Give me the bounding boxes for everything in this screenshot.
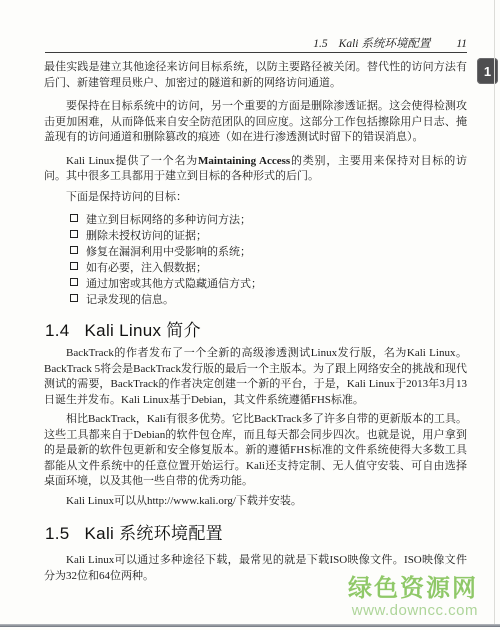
square-bullet-icon <box>70 246 78 254</box>
square-bullet-icon <box>70 278 78 286</box>
watermark-title: 绿色资源网 <box>348 576 478 601</box>
watermark: 绿色资源网 www.downcc.com <box>348 576 478 619</box>
header-section-number: 1.5 <box>313 38 327 50</box>
goal-text: 修复在漏洞利用中受影响的系统； <box>86 246 251 258</box>
goals-list-intro: 下面是保持访问的目标： <box>44 190 467 206</box>
paragraph-kali-advantages: 相比BackTrack，Kali有很多优势。它比BackTrack多了许多自带的… <box>44 412 467 490</box>
paragraph-alternative-access: 最佳实践是建立其他途径来访问目标系统，以防主要路径被关闭。替代性的访问方法有后门… <box>44 60 467 91</box>
section-heading-1-5: 1.5Kali 系统环境配置 <box>45 523 467 544</box>
section-heading-1-4: 1.4Kali Linux 简介 <box>45 320 467 341</box>
section-1-5-number: 1.5 <box>45 524 70 543</box>
goal-item: 修复在漏洞利用中受影响的系统； <box>70 244 467 260</box>
page-header: 1.5 Kali 系统环境配置 11 <box>45 35 467 51</box>
paragraph-evidence-removal: 要保持在目标系统中的访问，另一个重要的方面是删除渗透证据。这会使得检测攻击更加困… <box>44 99 467 146</box>
chapter-tab-label: 1 <box>484 64 491 79</box>
section-1-5-title: Kali 系统环境配置 <box>85 524 223 543</box>
page-content: 最佳实践是建立其他途径来访问目标系统，以防主要路径被关闭。替代性的访问方法有后门… <box>44 58 467 584</box>
goals-list: 建立到目标网络的多种访问方法； 删除未授权访问的证据； 修复在漏洞利用中受影响的… <box>44 212 467 308</box>
section-1-4-title: Kali Linux 简介 <box>85 321 201 340</box>
scan-right-edge <box>494 0 495 624</box>
goal-item: 删除未授权访问的证据； <box>70 228 467 244</box>
paragraph-kali-download: Kali Linux可以从http://www.kali.org/下载并安装。 <box>44 494 467 510</box>
header-rule-divider <box>45 52 467 53</box>
square-bullet-icon <box>70 294 78 302</box>
paragraph-maintaining-access: Kali Linux提供了一个名为Maintaining Access的类别，主… <box>44 154 467 185</box>
watermark-url: www.downcc.com <box>348 603 478 619</box>
goal-text: 如有必要，注入假数据； <box>86 262 207 274</box>
goal-item: 通过加密或其他方式隐藏通信方式； <box>70 276 467 292</box>
goal-text: 删除未授权访问的证据； <box>86 230 207 242</box>
section-1-4-number: 1.4 <box>45 321 70 340</box>
goal-item: 建立到目标网络的多种访问方法； <box>70 212 467 228</box>
goal-text: 通过加密或其他方式隐藏通信方式； <box>86 278 262 290</box>
goal-item: 如有必要，注入假数据； <box>70 260 467 276</box>
scan-bottom-edge <box>0 624 500 627</box>
maintaining-access-term: Maintaining Access <box>198 155 290 167</box>
square-bullet-icon <box>70 262 78 270</box>
paragraph-backtrack-history: BackTrack的作者发布了一个全新的高级渗透测试Linux发行版，名为Kal… <box>44 346 467 408</box>
square-bullet-icon <box>70 214 78 222</box>
goal-text: 记录发现的信息。 <box>86 294 174 306</box>
header-page-number: 11 <box>456 38 467 50</box>
goal-text: 建立到目标网络的多种访问方法； <box>86 214 251 226</box>
square-bullet-icon <box>70 230 78 238</box>
header-section-title: Kali 系统环境配置 <box>339 35 431 51</box>
goal-item: 记录发现的信息。 <box>70 292 467 308</box>
maintaining-access-before: Kali Linux提供了一个名为 <box>66 155 198 167</box>
